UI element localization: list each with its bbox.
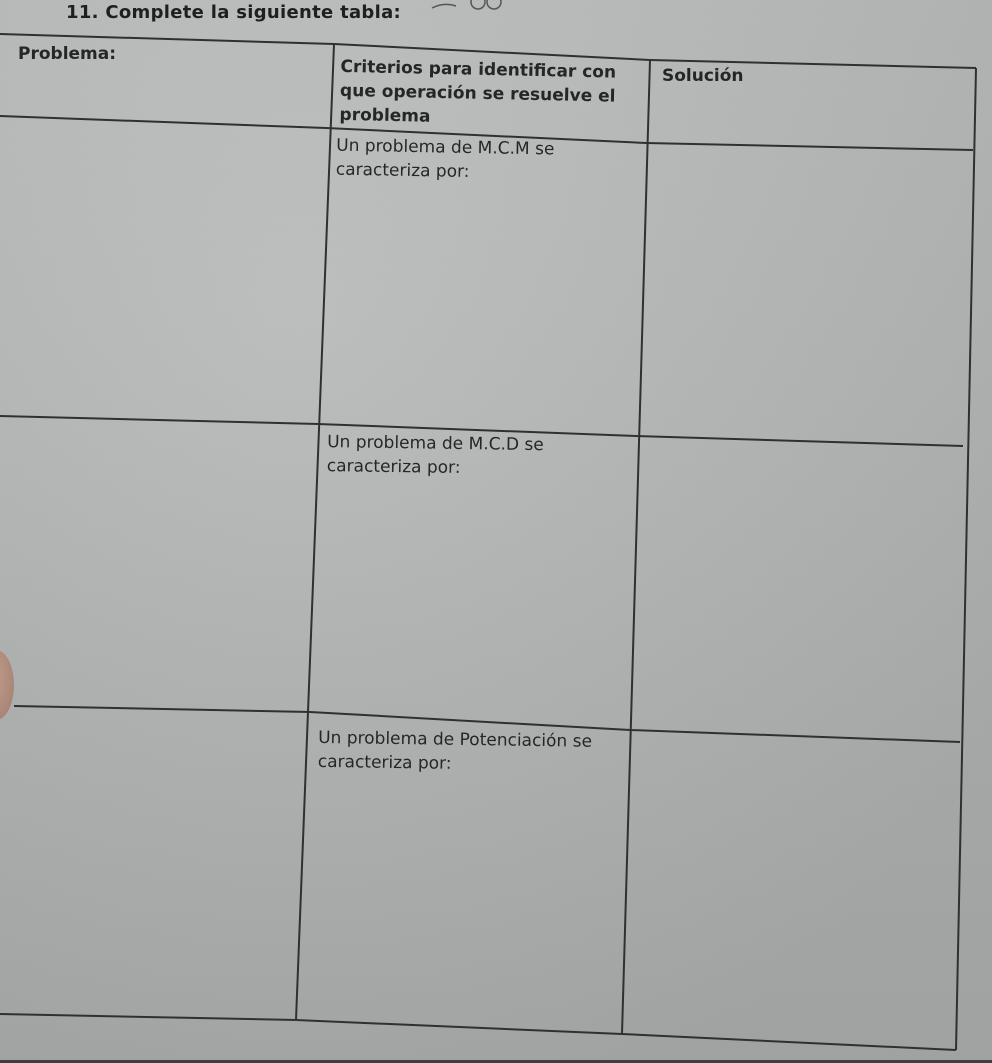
- header-solution: Solución: [662, 64, 744, 88]
- header-problem: Problema:: [18, 42, 116, 66]
- row-2-criteria: Un problema de M.C.D se caracteriza por:: [327, 430, 598, 482]
- header-criteria: Criterios para identificar con que opera…: [339, 55, 640, 133]
- row-3-solution-cell[interactable]: [640, 760, 930, 1020]
- row-3-problem-cell[interactable]: [10, 730, 290, 1000]
- row-3-criteria: Un problema de Potenciación se caracteri…: [318, 726, 619, 778]
- row-2-solution-cell[interactable]: [648, 460, 938, 710]
- row-1-problem-cell[interactable]: [10, 140, 310, 400]
- bleed-through-text: [200, 970, 223, 1010]
- worksheet-page: 11. Complete la siguiente tabla:: [0, 0, 992, 1063]
- row-2-problem-cell[interactable]: [10, 440, 300, 690]
- row-1-criteria: Un problema de M.C.M se caracteriza por:: [336, 134, 607, 187]
- row-1-solution-cell[interactable]: [660, 160, 950, 420]
